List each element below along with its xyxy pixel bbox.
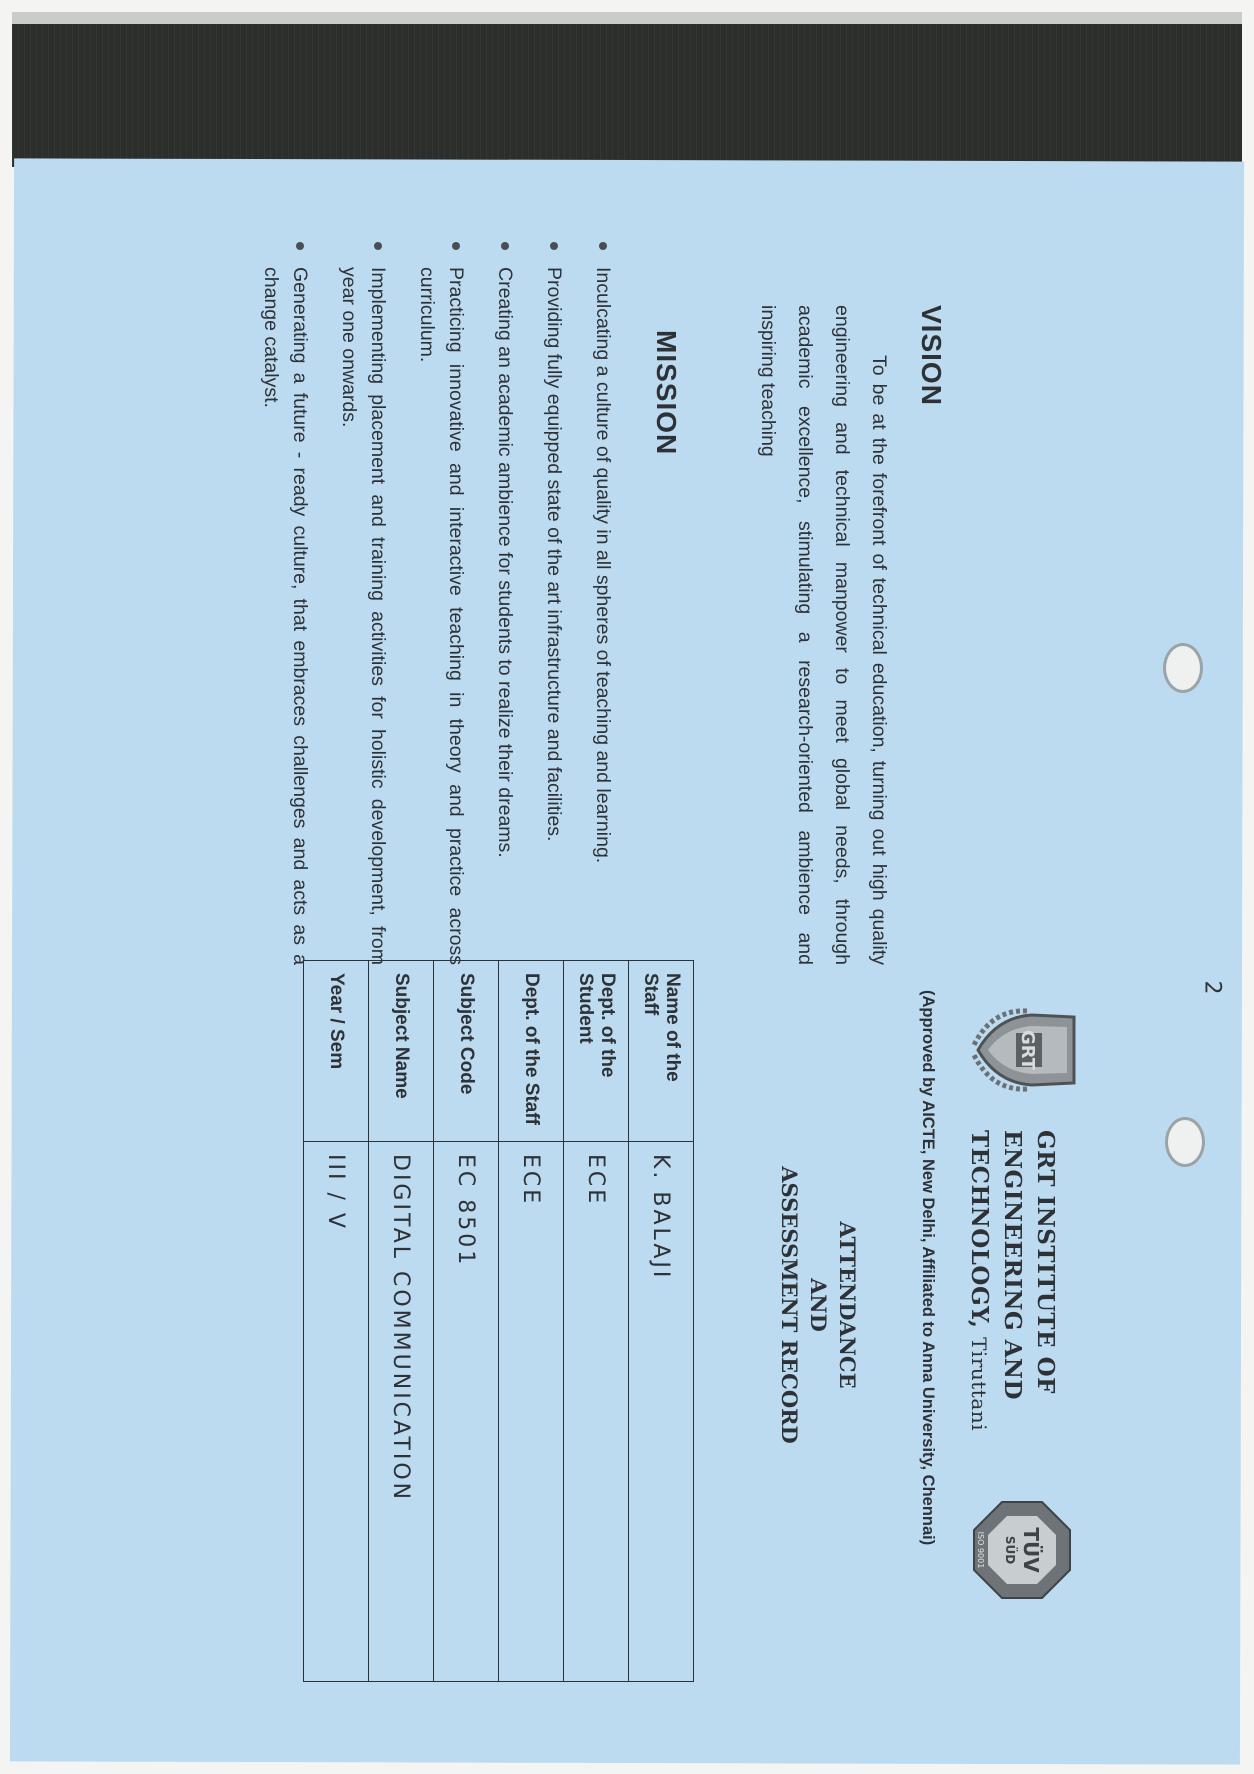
vision-heading: VISION (915, 305, 947, 406)
mission-item: Providing fully equipped state of the ar… (539, 240, 568, 965)
mission-item: Creating an academic ambience for studen… (490, 240, 519, 965)
field-label: Dept. of the Staff (499, 961, 564, 1142)
svg-text:SÜD: SÜD (1003, 1536, 1018, 1564)
mission-item: Implementing placement and training acti… (334, 240, 392, 965)
staff-name-value: K. BALAJI (629, 1142, 694, 1682)
mission-item: Generating a future - ready culture, tha… (256, 240, 314, 965)
student-dept-value: ECE (564, 1142, 629, 1682)
tuv-certification-logo-icon: TÜV SÜD ISO 9001 (972, 1500, 1072, 1600)
field-label: Subject Name (369, 961, 434, 1142)
table-row: Year / Sem III / V (304, 961, 369, 1682)
svg-text:ISO 9001: ISO 9001 (976, 1532, 985, 1569)
mission-heading: MISSION (650, 330, 682, 455)
table-row: Dept. of the Staff ECE (499, 961, 564, 1682)
table-row: Name of the Staff K. BALAJI (629, 961, 694, 1682)
institution-name: GRT INSTITUTE OF ENGINEERING AND TECHNOL… (962, 1130, 1062, 1431)
binding-edge (12, 12, 1242, 24)
approval-note: (Approved by AICTE, New Delhi, Affiliate… (918, 990, 937, 1545)
svg-text:TÜV: TÜV (1019, 1527, 1043, 1573)
subject-code-value: EC 8501 (434, 1142, 499, 1682)
vision-text: To be at the forefront of technical educ… (749, 305, 897, 965)
table-row: Subject Code EC 8501 (434, 961, 499, 1682)
subject-name-value: DIGITAL COMMUNICATION (369, 1142, 434, 1682)
document-page: VISION To be at the forefront of technic… (12, 165, 1242, 1765)
field-label: Dept. of the Student (564, 961, 629, 1142)
mission-list: Inculcating a culture of quality in all … (236, 240, 617, 965)
binding-strip (12, 12, 1242, 167)
staff-dept-value: ECE (499, 1142, 564, 1682)
record-details-table: Name of the Staff K. BALAJI Dept. of the… (303, 960, 694, 1682)
table-row: Dept. of the Student ECE (564, 961, 629, 1682)
record-title: ATTENDANCE AND ASSESSMENT RECORD (775, 1105, 862, 1505)
grt-shield-logo-icon: GRT (972, 1005, 1082, 1095)
field-label: Subject Code (434, 961, 499, 1142)
table-row: Subject Name DIGITAL COMMUNICATION (369, 961, 434, 1682)
field-label: Year / Sem (304, 961, 369, 1142)
field-label: Name of the Staff (629, 961, 694, 1142)
year-sem-value: III / V (304, 1142, 369, 1682)
mission-item: Inculcating a culture of quality in all … (588, 240, 617, 965)
mission-item: Practicing innovative and interactive te… (412, 240, 470, 965)
svg-text:GRT: GRT (1017, 1030, 1038, 1071)
